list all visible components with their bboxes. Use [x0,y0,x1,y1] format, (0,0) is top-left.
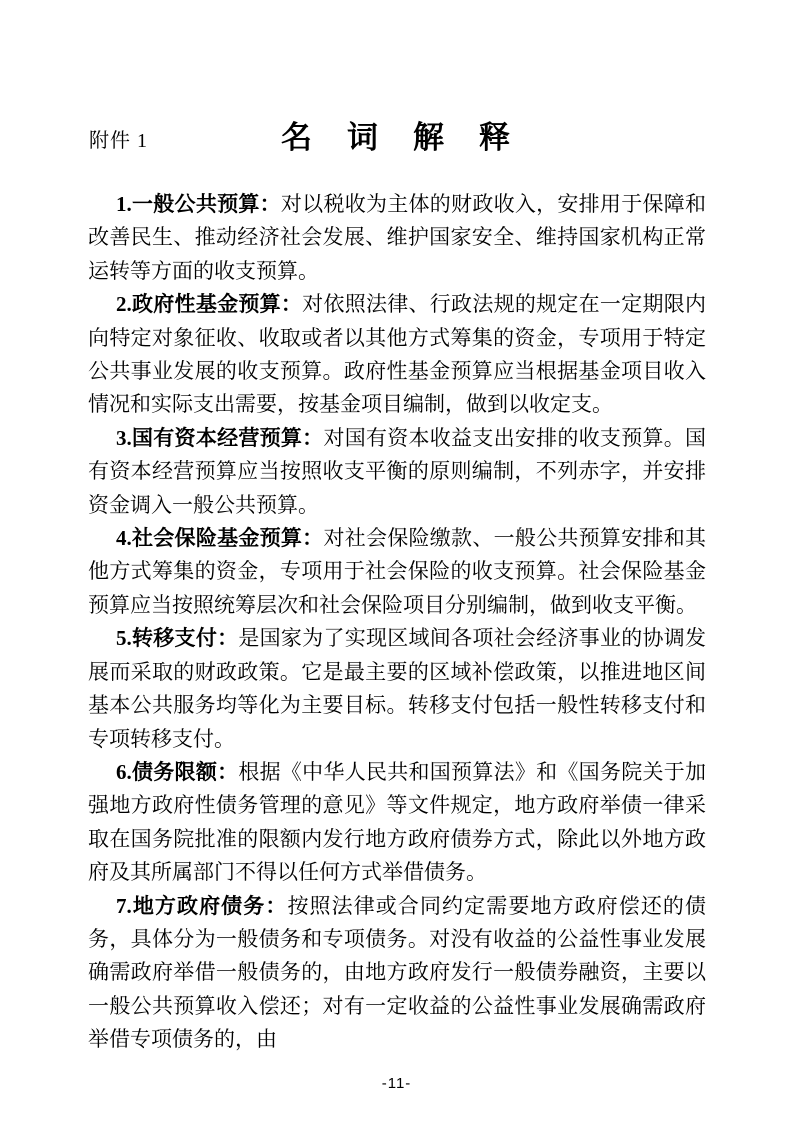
term-label: 5.转移支付： [116,626,238,650]
term-paragraph-1: 1.一般公共预算：对以税收为主体的财政收入，安排用于保障和改善民生、推动经济社会… [88,188,706,288]
term-label: 4.社会保险基金预算： [116,526,323,550]
term-paragraph-2: 2.政府性基金预算：对依照法律、行政法规的规定在一定期限内向特定对象征收、收取或… [88,288,706,422]
term-label: 2.政府性基金预算： [116,292,302,316]
document-body: 1.一般公共预算：对以税收为主体的财政收入，安排用于保障和改善民生、推动经济社会… [88,188,706,1057]
page-number: -11- [0,1075,793,1092]
term-paragraph-4: 4.社会保险基金预算：对社会保险缴款、一般公共预算安排和其他方式筹集的资金，专项… [88,522,706,622]
term-label: 1.一般公共预算： [116,192,281,216]
term-paragraph-7: 7.地方政府债务：按照法律或合同约定需要地方政府偿还的债务，具体分为一般债务和专… [88,890,706,1057]
term-label: 3.国有资本经营预算： [116,426,323,450]
term-label: 6.债务限额： [116,760,238,784]
term-paragraph-6: 6.债务限额：根据《中华人民共和国预算法》和《国务院关于加强地方政府性债务管理的… [88,756,706,890]
term-label: 7.地方政府债务： [116,894,287,918]
page-title: 名 词 解 释 [0,112,793,157]
term-paragraph-3: 3.国有资本经营预算：对国有资本收益支出安排的收支预算。国有资本经营预算应当按照… [88,422,706,522]
document-page: 附件 1 名 词 解 释 1.一般公共预算：对以税收为主体的财政收入，安排用于保… [0,0,793,1122]
term-paragraph-5: 5.转移支付：是国家为了实现区域间各项社会经济事业的协调发展而采取的财政政策。它… [88,622,706,756]
